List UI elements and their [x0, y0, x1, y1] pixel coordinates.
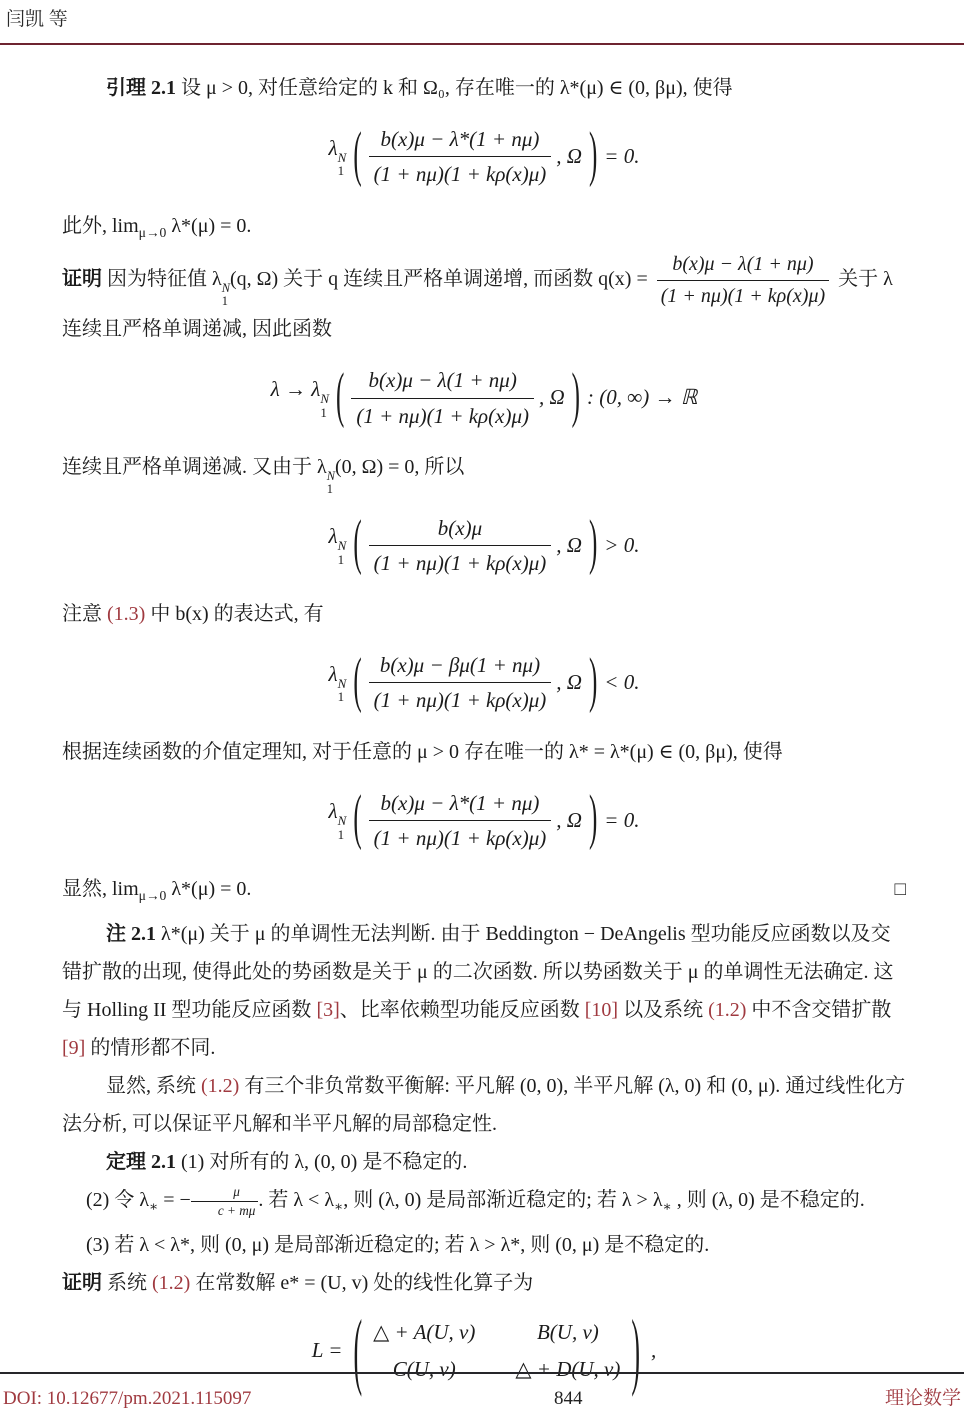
doi-link[interactable]: DOI: 10.12677/pm.2021.115097 — [3, 1388, 251, 1410]
fraction: b(x)μ − λ(1 + nμ) (1 + nμ)(1 + kρ(x)μ) — [351, 366, 534, 430]
ref-link-1-2[interactable]: (1.2) — [708, 999, 746, 1021]
theorem-label: 定理 2.1 — [106, 1151, 176, 1173]
equation-5: λN1 ( b(x)μ − λ*(1 + nμ) (1 + nμ)(1 + kρ… — [62, 781, 906, 861]
right-paren: ) — [589, 646, 597, 720]
page-number: 844 — [554, 1388, 583, 1410]
note-line: 注意 (1.3) 中 b(x) 的表达式, 有 — [62, 595, 906, 633]
footer-rule — [0, 1372, 964, 1374]
left-paren: ( — [353, 784, 361, 858]
lemma-paragraph: 引理 2.1 设 μ > 0, 对任意给定的 k 和 Ω₀, 存在唯一的 λ*(… — [62, 69, 906, 107]
decreasing-line: 连续且严格单调递减. 又由于 λN1(0, Ω) = 0, 所以 — [62, 448, 906, 496]
matrix-a11: △ + A(U, v) — [373, 1320, 475, 1345]
qed-line: 显然, limμ→0 λ*(μ) = 0. □ — [62, 870, 906, 915]
inline-fraction: b(x)μ − λ(1 + nμ)(1 + nμ)(1 + kρ(x)μ) — [657, 251, 829, 310]
lemma-text: 设 μ > 0, 对任意给定的 k 和 Ω₀, 存在唯一的 λ*(μ) ∈ (0… — [176, 77, 733, 99]
fraction: b(x)μ − βμ(1 + nμ) (1 + nμ)(1 + kρ(x)μ) — [369, 651, 552, 715]
ivt-line: 根据连续函数的介值定理知, 对于任意的 μ > 0 存在唯一的 λ* = λ*(… — [62, 733, 906, 771]
ref-link-9[interactable]: [9] — [62, 1037, 85, 1059]
proof1-label: 证明 — [62, 268, 102, 290]
small-fraction: μc + mμ — [191, 1185, 259, 1218]
journal-name-link[interactable]: 理论数学 — [885, 1383, 961, 1410]
right-paren: ) — [589, 784, 597, 858]
article-body: 引理 2.1 设 μ > 0, 对任意给定的 k 和 Ω₀, 存在唯一的 λ*(… — [0, 45, 964, 1390]
left-paren: ( — [353, 509, 361, 583]
running-author: 闫凯 等 — [6, 9, 68, 30]
equilibria-paragraph: 显然, 系统 (1.2) 有三个非负常数平衡解: 平凡解 (0, 0), 半平凡… — [62, 1067, 906, 1143]
equation-2: λ → λN1 ( b(x)μ − λ(1 + nμ) (1 + nμ)(1 +… — [62, 358, 906, 438]
page-footer: DOI: 10.12677/pm.2021.115097 844 理论数学 — [0, 1372, 964, 1410]
ref-link-1-3[interactable]: (1.3) — [107, 603, 145, 625]
fraction: b(x)μ (1 + nμ)(1 + kρ(x)μ) — [369, 514, 552, 578]
lemma-label: 引理 2.1 — [106, 77, 176, 99]
ref-link-10[interactable]: [10] — [585, 999, 618, 1021]
proof2-label: 证明 — [62, 1272, 102, 1294]
ref-link-3[interactable]: [3] — [316, 999, 339, 1021]
qed-symbol: □ — [895, 871, 906, 909]
right-paren: ) — [589, 509, 597, 583]
theorem-paragraph: 定理 2.1 (1) 对所有的 λ, (0, 0) 是不稳定的. — [62, 1143, 906, 1181]
moreover-line: 此外, limμ→0 λ*(μ) = 0. — [62, 207, 906, 252]
left-paren: ( — [353, 120, 361, 194]
equation-3: λN1 ( b(x)μ (1 + nμ)(1 + kρ(x)μ) , Ω ) >… — [62, 506, 906, 586]
matrix-a12: B(U, v) — [515, 1320, 620, 1345]
remark-paragraph: 注 2.1 λ*(μ) 关于 μ 的单调性无法判断. 由于 Beddington… — [62, 915, 906, 1067]
proof2-paragraph: 证明 系统 (1.2) 在常数解 e* = (U, v) 处的线性化算子为 — [62, 1264, 906, 1302]
right-paren: ) — [589, 120, 597, 194]
left-paren: ( — [353, 646, 361, 720]
equation-4: λN1 ( b(x)μ − βμ(1 + nμ) (1 + nμ)(1 + kρ… — [62, 643, 906, 723]
right-paren: ) — [572, 361, 580, 435]
proof1-paragraph: 证明 因为特征值 λN1(q, Ω) 关于 q 连续且严格单调递增, 而函数 q… — [62, 251, 906, 348]
remark-label: 注 2.1 — [106, 923, 156, 945]
ref-link-1-2[interactable]: (1.2) — [152, 1272, 190, 1294]
ref-link-1-2[interactable]: (1.2) — [201, 1075, 239, 1097]
fraction: b(x)μ − λ*(1 + nμ) (1 + nμ)(1 + kρ(x)μ) — [369, 125, 552, 189]
page-header: 闫凯 等 — [0, 0, 964, 31]
equation-1: λN1 ( b(x)μ − λ*(1 + nμ) (1 + nμ)(1 + kρ… — [62, 117, 906, 197]
fraction: b(x)μ − λ*(1 + nμ) (1 + nμ)(1 + kρ(x)μ) — [369, 789, 552, 853]
theorem-item-3: (3) 若 λ < λ*, 则 (0, μ) 是局部渐近稳定的; 若 λ > λ… — [62, 1226, 906, 1264]
theorem-item-2: (2) 令 λ∗ = −μc + mμ. 若 λ < λ∗, 则 (λ, 0) … — [62, 1181, 906, 1226]
left-paren: ( — [336, 361, 344, 435]
